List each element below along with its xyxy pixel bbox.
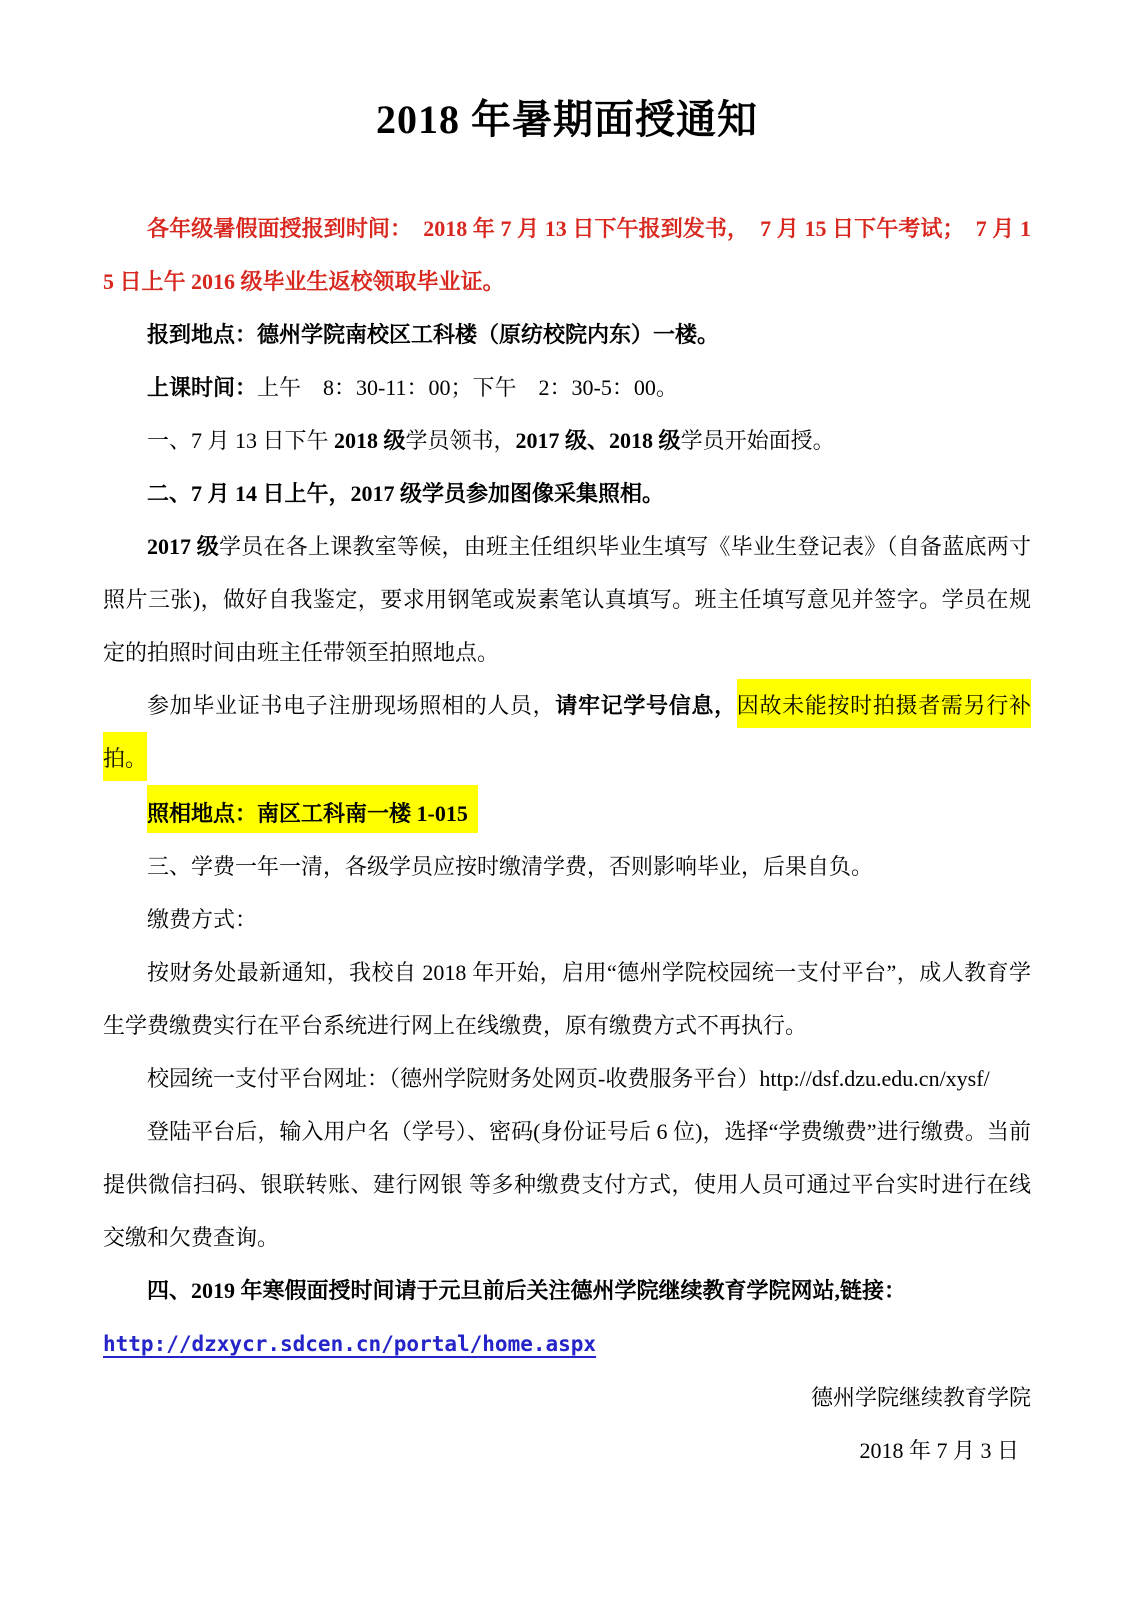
photo-note-pre: 参加毕业证书电子注册现场照相的人员，	[147, 693, 555, 718]
paragraph-report-time: 各年级暑假面授报到时间： 2018 年 7 月 13 日下午报到发书， 7 月 …	[103, 202, 1031, 308]
class-time-body: 上午 8：30-11：00；下午 2：30-5：00。	[257, 375, 678, 400]
paragraph-photo-location: 照相地点：南区工科南一楼 1-015	[103, 785, 1031, 840]
paragraph-signature: 德州学院继续教育学院	[103, 1371, 1031, 1424]
paragraph-pay-method-label: 缴费方式：	[103, 893, 1031, 946]
item4-text: 四、2019 年寒假面授时间请于元旦前后关注德州学院继续教育学院网站,链接：	[147, 1278, 906, 1303]
item2-text: 二、7 月 14 日上午，2017 级学员参加图像采集照相。	[147, 481, 664, 506]
external-link[interactable]: http://dzxycr.sdcen.cn/portal/home.aspx	[103, 1332, 596, 1356]
paragraph-photo-note: 参加毕业证书电子注册现场照相的人员，请牢记学号信息，因故未能按时拍摄者需另行补拍…	[103, 679, 1031, 785]
paragraph-item1: 一、7 月 13 日下午 2018 级学员领书，2017 级、2018 级学员开…	[103, 414, 1031, 467]
paragraph-platform-url: 校园统一支付平台网址：（德州学院财务处网页-收费服务平台）http://dsf.…	[103, 1052, 1031, 1105]
login-steps-text: 登陆平台后，输入用户名（学号）、密码(身份证号后 6 位)，选择“学费缴费”进行…	[103, 1119, 1031, 1250]
document-title: 2018 年暑期面授通知	[103, 96, 1031, 144]
item1-mid: 学员领书，	[406, 428, 516, 453]
date-text: 2018 年 7 月 3 日	[859, 1438, 1019, 1463]
pay-method-label-text: 缴费方式：	[147, 907, 257, 932]
photo-location-highlighted: 照相地点：南区工科南一楼 1-015	[147, 785, 478, 833]
platform-url-text: 校园统一支付平台网址：（德州学院财务处网页-收费服务平台）http://dsf.…	[147, 1066, 990, 1091]
item1-grades: 2017 级、2018 级	[516, 428, 681, 453]
grade2017-label: 2017 级	[147, 534, 219, 559]
item1-post: 学员开始面授。	[681, 428, 835, 453]
signature-text: 德州学院继续教育学院	[811, 1385, 1031, 1410]
paragraph-report-location: 报到地点：德州学院南校区工科楼（原纺校院内东）一楼。	[103, 308, 1031, 361]
paragraph-item2: 二、7 月 14 日上午，2017 级学员参加图像采集照相。	[103, 467, 1031, 520]
class-time-label: 上课时间：	[147, 375, 257, 400]
report-time-label: 各年级暑假面授报到时间：	[147, 216, 401, 241]
paragraph-login-steps: 登陆平台后，输入用户名（学号）、密码(身份证号后 6 位)，选择“学费缴费”进行…	[103, 1105, 1031, 1264]
photo-note-remember: 请牢记学号信息，	[555, 693, 736, 718]
item3-text: 三、学费一年一清，各级学员应按时缴清学费，否则影响毕业，后果自负。	[147, 854, 873, 879]
item1-grade-2018: 2018 级	[334, 428, 406, 453]
paragraph-item4: 四、2019 年寒假面授时间请于元旦前后关注德州学院继续教育学院网站,链接：	[103, 1264, 1031, 1317]
pay-notice-text: 按财务处最新通知，我校自 2018 年开始，启用“德州学院校园统一支付平台”，成…	[103, 960, 1031, 1038]
paragraph-pay-notice: 按财务处最新通知，我校自 2018 年开始，启用“德州学院校园统一支付平台”，成…	[103, 946, 1031, 1052]
report-location-text: 报到地点：德州学院南校区工科楼（原纺校院内东）一楼。	[147, 322, 719, 347]
paragraph-item3: 三、学费一年一清，各级学员应按时缴清学费，否则影响毕业，后果自负。	[103, 840, 1031, 893]
grade2017-body: 学员在各上课教室等候，由班主任组织毕业生填写《毕业生登记表》（自备蓝底两寸照片三…	[103, 534, 1031, 665]
paragraph-class-time: 上课时间：上午 8：30-11：00；下午 2：30-5：00。	[103, 361, 1031, 414]
paragraph-link: http://dzxycr.sdcen.cn/portal/home.aspx	[103, 1317, 1031, 1371]
item1-pre: 一、7 月 13 日下午	[147, 428, 334, 453]
paragraph-grade2017-detail: 2017 级学员在各上课教室等候，由班主任组织毕业生填写《毕业生登记表》（自备蓝…	[103, 520, 1031, 679]
document-page: 2018 年暑期面授通知 各年级暑假面授报到时间： 2018 年 7 月 13 …	[0, 0, 1131, 1600]
paragraph-date: 2018 年 7 月 3 日	[103, 1424, 1031, 1477]
